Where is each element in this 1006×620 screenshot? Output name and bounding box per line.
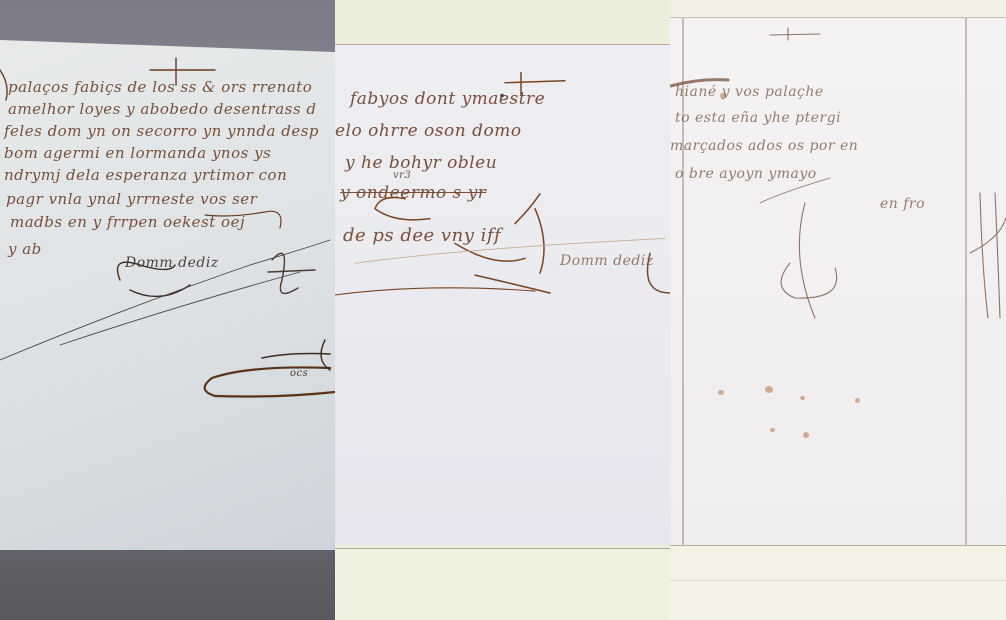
- manuscript-line: bom agermi en lormanda ynos ys: [4, 144, 271, 162]
- manuscript-line: en fro: [880, 196, 925, 212]
- foxing-spot: [803, 432, 809, 438]
- handwriting-strokes: [335, 45, 670, 545]
- foxing-spot: [765, 386, 773, 393]
- signature: Domm dediz: [560, 253, 654, 269]
- mount-board-edge: [670, 580, 1006, 581]
- paper-sheet: palaços fabiçs de los ss & ors rrenato a…: [0, 40, 335, 550]
- manuscript-line: ndrymj dela esperanza yrtimor con: [4, 166, 287, 184]
- paper-sheet: fabyos dont ymaestre elo ohrre oson domo…: [335, 44, 670, 545]
- foxing-spot: [718, 390, 724, 395]
- manuscript-line: hiané y vos palaçhe: [675, 84, 824, 100]
- manuscript-line: palaços fabiçs de los ss & ors rrenato: [8, 78, 312, 96]
- manuscript-line: madbs en y frrpen oekest oej: [10, 213, 245, 231]
- manuscript-line: y he bohyr obleu: [345, 153, 497, 173]
- manuscript-panel-2: fabyos dont ymaestre elo ohrre oson domo…: [335, 0, 670, 620]
- foxing-spot: [800, 396, 805, 400]
- manuscript-line: o bre ayoyn ymayo: [675, 166, 817, 182]
- manuscript-line: de ps dee vny iff: [343, 225, 501, 246]
- foxing-spot: [855, 398, 860, 403]
- manuscript-line: marçados ados os por en: [670, 138, 858, 154]
- manuscript-panel-1: palaços fabiçs de los ss & ors rrenato a…: [0, 0, 335, 620]
- rubric-note: ocs: [290, 368, 308, 379]
- manuscript-line: feles dom yn on secorro yn ynnda desp: [4, 122, 319, 140]
- foxing-spot: [770, 428, 775, 432]
- paper-sheet: hiané y vos palaçhe to esta eña yhe pter…: [670, 17, 1006, 545]
- signature: Domm dediz: [125, 255, 219, 271]
- manuscript-line: amelhor loyes y abobedo desentrass d: [8, 100, 316, 118]
- manuscript-line: y ab: [8, 240, 42, 258]
- manuscript-line: y ondeermo s yr: [340, 183, 486, 203]
- manuscript-line: elo ohrre oson domo: [335, 121, 522, 141]
- manuscript-panel-3: hiané y vos palaçhe to esta eña yhe pter…: [670, 0, 1006, 620]
- mount-board: [670, 545, 1006, 620]
- mount-board: [335, 548, 670, 620]
- manuscript-line: pagr vnla ynal yrrneste vos ser: [6, 190, 257, 208]
- manuscript-line: to esta eña yhe ptergi: [675, 110, 841, 126]
- interlinear-note: vr3: [393, 170, 411, 181]
- manuscript-line: fabyos dont ymaestre: [350, 89, 545, 109]
